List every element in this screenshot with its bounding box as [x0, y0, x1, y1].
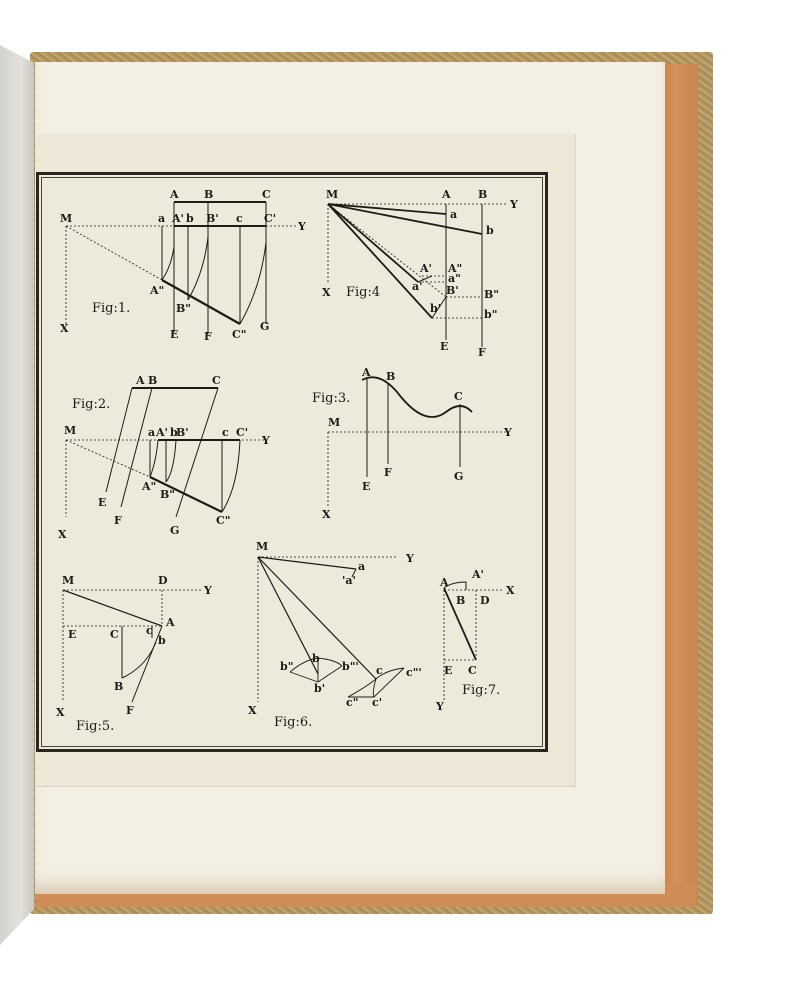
label: a' — [412, 280, 423, 293]
label: E — [98, 496, 106, 509]
label: c' — [372, 696, 382, 709]
label: B' — [176, 426, 189, 439]
label: A — [165, 616, 175, 629]
label: A — [169, 188, 179, 201]
label: E — [444, 664, 452, 677]
label: B" — [176, 302, 191, 315]
label: A' — [155, 426, 168, 439]
label: b" — [484, 308, 497, 321]
label: C — [454, 390, 463, 403]
label: X — [60, 322, 69, 335]
label: c" — [346, 696, 358, 709]
label: B — [386, 370, 395, 383]
label: Y — [261, 434, 270, 447]
label: Y — [435, 700, 444, 713]
label: A' — [471, 568, 484, 581]
label: Y — [297, 220, 306, 233]
label: C" — [232, 328, 247, 341]
label: Y — [503, 426, 512, 439]
label: b" — [280, 660, 293, 673]
label: b — [486, 224, 494, 237]
label: F — [114, 514, 122, 527]
figure-5 — [63, 590, 201, 702]
label: F — [478, 346, 486, 359]
label: C" — [216, 514, 231, 527]
label: 'a' — [342, 574, 356, 587]
label: c — [222, 426, 229, 439]
label: a — [148, 426, 155, 439]
label: E — [68, 628, 76, 641]
label: M — [328, 416, 340, 429]
figure-3 — [328, 377, 506, 507]
label: X — [506, 584, 515, 597]
label: B" — [160, 488, 175, 501]
label: M — [326, 188, 338, 201]
label: B — [456, 594, 465, 607]
figure-caption: Fig:4 — [346, 285, 380, 300]
label: C — [212, 374, 221, 387]
facing-page — [0, 45, 34, 945]
label: D — [158, 574, 168, 587]
label: b' — [430, 302, 441, 315]
label: G — [454, 470, 463, 483]
label: C' — [236, 426, 248, 439]
label: B' — [206, 212, 219, 225]
figure-caption: Fig:7. — [462, 683, 500, 698]
label: A' — [171, 212, 184, 225]
label: C — [262, 188, 271, 201]
label: A — [441, 188, 451, 201]
label: C — [110, 628, 119, 641]
label: c"' — [406, 666, 422, 679]
engraved-plate: A B C M a A' b B' c C' Y A" B" C" X E F … — [36, 172, 542, 746]
label: F — [204, 330, 212, 343]
label: B" — [484, 288, 499, 301]
label: B — [114, 680, 123, 693]
label: M — [62, 574, 74, 587]
label: b"' — [342, 660, 359, 673]
label: A — [439, 576, 449, 589]
label: A" — [149, 284, 164, 297]
label: M — [256, 540, 268, 553]
label: Y — [509, 198, 518, 211]
label: M — [60, 212, 72, 225]
label: D — [480, 594, 490, 607]
figure-6 — [258, 557, 404, 702]
label: C' — [264, 212, 276, 225]
figure-caption: Fig:3. — [312, 391, 350, 406]
label: a — [158, 212, 165, 225]
label: a — [450, 208, 457, 221]
figure-caption: Fig:1. — [92, 301, 130, 316]
pastedown-edge — [660, 64, 698, 906]
label: M — [64, 424, 76, 437]
label: Y — [405, 552, 414, 565]
label: X — [322, 286, 331, 299]
label: B — [204, 188, 213, 201]
label: b' — [314, 682, 325, 695]
label: A — [361, 366, 371, 379]
figure-4 — [328, 204, 508, 347]
label: F — [126, 704, 134, 717]
label: c — [146, 624, 153, 637]
label: B — [148, 374, 157, 387]
label: E — [440, 340, 448, 353]
label: X — [58, 528, 67, 541]
label: B' — [446, 284, 459, 297]
label: b — [186, 212, 194, 225]
label: E — [170, 328, 178, 341]
label: G — [260, 320, 269, 333]
label: F — [384, 466, 392, 479]
label: c — [376, 664, 383, 677]
label: X — [248, 704, 257, 717]
label: b — [312, 652, 320, 665]
label: c — [236, 212, 243, 225]
label: A — [135, 374, 145, 387]
label: A' — [419, 262, 432, 275]
label: Y — [203, 584, 212, 597]
label: b — [158, 634, 166, 647]
label: A" — [141, 480, 156, 493]
label: X — [322, 508, 331, 521]
label: G — [170, 524, 179, 537]
label: a — [358, 560, 365, 573]
figure-caption: Fig:5. — [76, 719, 114, 734]
label: B — [478, 188, 487, 201]
label: X — [56, 706, 65, 719]
figure-caption: Fig:2. — [72, 397, 110, 412]
label: C — [468, 664, 477, 677]
figure-caption: Fig:6. — [274, 715, 312, 730]
label: E — [362, 480, 370, 493]
